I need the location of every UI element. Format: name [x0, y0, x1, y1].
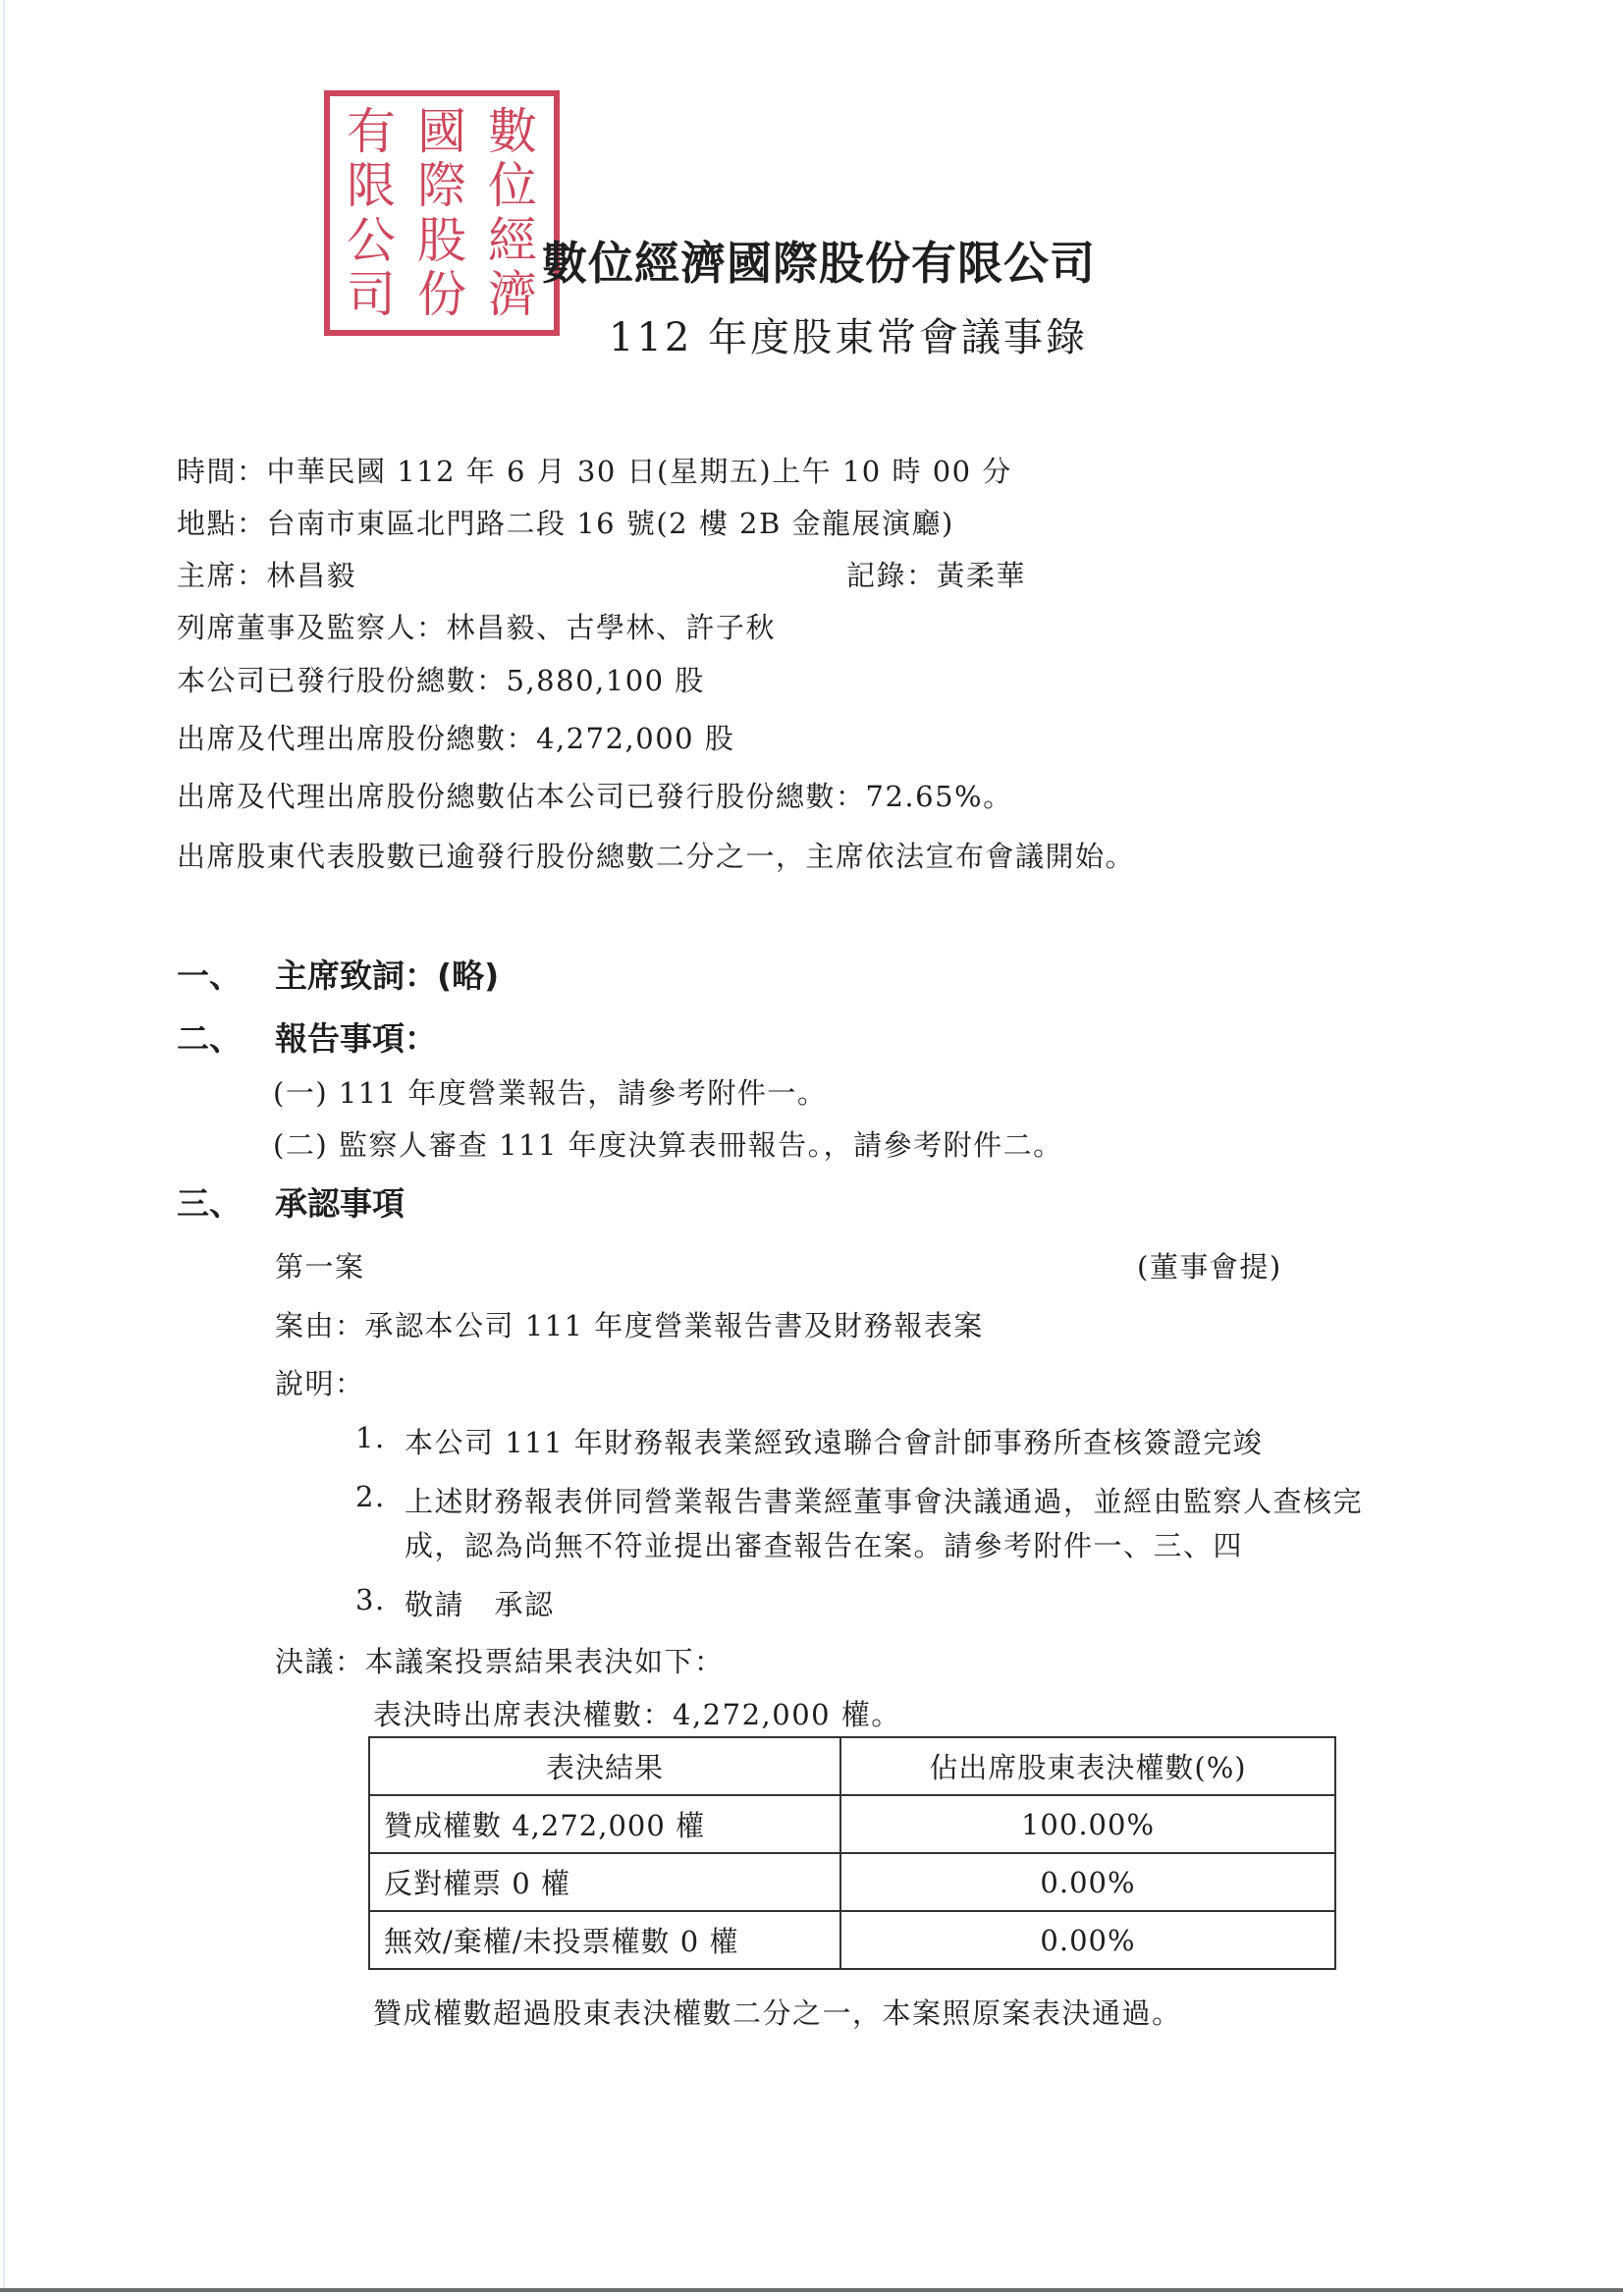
table-cell-result: 贊成權數 4,272,000 權	[369, 1795, 840, 1853]
meeting-recorder: 記錄：黃柔華	[846, 554, 1026, 594]
attendance-ratio: 出席及代理出席股份總數佔本公司已發行股份總數：72.65%。	[177, 775, 1013, 815]
seal-char: 份	[406, 268, 477, 323]
table-row: 反對權票 0 權 0.00%	[369, 1853, 1335, 1911]
explanation-1-number: 1.	[355, 1421, 386, 1454]
table-row: 無效/棄權/未投票權數 0 權 0.00%	[369, 1911, 1335, 1969]
report-item-2: (二) 監察人審查 111 年度決算表冊報告。，請參考附件二。	[273, 1123, 1063, 1164]
section-1-number: 一、	[177, 951, 242, 997]
voting-rights: 表決時出席表決權數：4,272,000 權。	[373, 1693, 901, 1733]
table-cell-percentage: 100.00%	[840, 1795, 1335, 1853]
document-title: 112 年度股東常會議事錄	[609, 306, 1088, 362]
seal-char: 股	[406, 213, 477, 268]
meeting-chair: 主席：林昌毅	[177, 554, 356, 594]
table-cell-percentage: 0.00%	[840, 1911, 1335, 1969]
meeting-time: 時間：中華民國 112 年 6 月 30 日(星期五)上午 10 時 00 分	[177, 450, 1012, 490]
table-header-result: 表決結果	[369, 1737, 840, 1795]
seal-char: 際	[406, 159, 477, 214]
table-row: 贊成權數 4,272,000 權 100.00%	[369, 1795, 1335, 1853]
resolution-label: 決議：本議案投票結果表決如下：	[275, 1640, 725, 1680]
explanation-2-text-line-2: 成，認為尚無不符並提出審查報告在案。請參考附件一、三、四	[405, 1524, 1243, 1564]
table-cell-result: 無效/棄權/未投票權數 0 權	[369, 1911, 840, 1969]
meeting-place: 地點：台南市東區北門路二段 16 號(2 樓 2B 金龍展演廳)	[177, 502, 954, 542]
explanation-3-text: 敬請 承認	[405, 1583, 555, 1623]
table-cell-result: 反對權票 0 權	[369, 1853, 840, 1911]
scan-left-edge	[3, 0, 5, 2288]
section-1-title: 主席致詞：(略)	[275, 951, 499, 997]
issued-shares: 本公司已發行股份總數：5,880,100 股	[177, 659, 705, 699]
case-label: 第一案	[275, 1245, 365, 1285]
seal-char: 濟	[477, 268, 548, 323]
quorum-statement: 出席股東代表股數已逾發行股份總數二分之一，主席依法宣布會議開始。	[177, 835, 1135, 875]
voting-results-table: 表決結果 佔出席股東表決權數(%) 贊成權數 4,272,000 權 100.0…	[368, 1736, 1336, 1970]
scan-bottom-edge	[0, 2288, 1623, 2292]
explanation-3-number: 3.	[355, 1583, 386, 1616]
case-subject: 案由：承認本公司 111 年度營業報告書及財務報表案	[275, 1304, 984, 1344]
seal-char: 國	[406, 104, 477, 159]
seal-char: 公	[336, 213, 406, 268]
attending-shares: 出席及代理出席股份總數：4,272,000 股	[177, 717, 734, 757]
section-2-number: 二、	[177, 1013, 242, 1060]
section-3-title: 承認事項	[275, 1178, 405, 1225]
seal-char: 數	[477, 104, 548, 159]
resolution-conclusion: 贊成權數超過股東表決權數二分之一，本案照原案表決通過。	[373, 1992, 1182, 2032]
table-header-row: 表決結果 佔出席股東表決權數(%)	[369, 1737, 1335, 1795]
section-3-number: 三、	[177, 1178, 242, 1225]
seal-char: 限	[336, 159, 406, 214]
seal-char: 經	[477, 213, 548, 268]
case-proposer: (董事會提)	[1137, 1245, 1282, 1285]
explanation-label: 說明：	[275, 1362, 365, 1402]
meeting-attendees: 列席董事及監察人：林昌毅、古學林、許子秋	[177, 606, 776, 646]
table-header-percentage: 佔出席股東表決權數(%)	[840, 1737, 1335, 1795]
company-name: 數位經濟國際股份有限公司	[542, 228, 1096, 293]
section-2-title: 報告事項：	[275, 1013, 437, 1060]
company-seal-stamp: 有 國 數 限 際 位 公 股 經 司 份 濟	[324, 90, 560, 336]
explanation-1-text: 本公司 111 年財務報表業經致遠聯合會計師事務所查核簽證完竣	[405, 1421, 1263, 1461]
seal-char: 有	[336, 104, 406, 159]
explanation-2-number: 2.	[355, 1480, 386, 1513]
seal-char: 司	[336, 268, 406, 323]
seal-char: 位	[477, 159, 548, 214]
table-cell-percentage: 0.00%	[840, 1853, 1335, 1911]
report-item-1: (一) 111 年度營業報告，請參考附件一。	[273, 1071, 827, 1112]
explanation-2-text-line-1: 上述財務報表併同營業報告書業經董事會決議通過，並經由監察人查核完	[405, 1480, 1363, 1520]
